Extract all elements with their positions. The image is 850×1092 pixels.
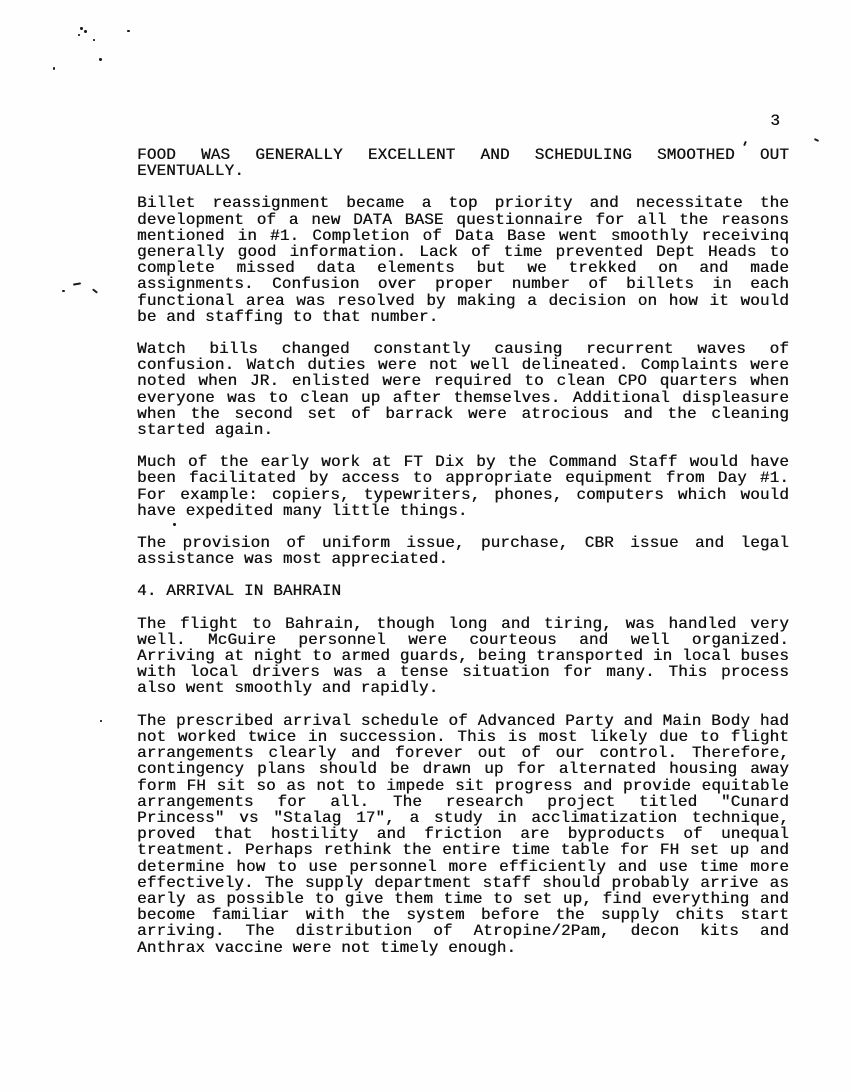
- text-line: arrangements clearly and forever out of …: [137, 745, 789, 761]
- text-line: assistance was most appreciated.: [137, 551, 789, 567]
- text-line: with local drivers was a tense situation…: [137, 664, 789, 680]
- text-line: been facilitated by access to appropriat…: [137, 470, 789, 486]
- text-line: well. McGuire personnel were courteous a…: [137, 632, 789, 648]
- para-watch-bills: Watch bills changed constantly causing r…: [137, 341, 789, 438]
- scan-speck: [62, 290, 65, 292]
- text-line: also went smoothly and rapidly.: [137, 680, 789, 696]
- text-line: Princess" vs "Stalag 17", a study in acc…: [137, 810, 789, 826]
- text-line: proved that hostility and friction are b…: [137, 826, 789, 842]
- text-line: form FH sit so as not to impede sit prog…: [137, 778, 789, 794]
- text-line: early as possible to give them time to s…: [137, 891, 789, 907]
- text-line: The flight to Bahrain, though long and t…: [137, 616, 789, 632]
- text-line: be and staffing to that number.: [137, 309, 789, 325]
- text-line: not worked twice in succession. This is …: [137, 729, 789, 745]
- para-arrival-schedule: The prescribed arrival schedule of Advan…: [137, 713, 789, 956]
- document-body: FOOD WAS GENERALLY EXCELLENT AND SCHEDUL…: [137, 147, 789, 956]
- text-line: EVENTUALLY.: [137, 163, 789, 179]
- text-line: contingency plans should be drawn up for…: [137, 761, 789, 777]
- para-flight-to-bahrain: The flight to Bahrain, though long and t…: [137, 616, 789, 697]
- text-line: everyone was to clean up after themselve…: [137, 390, 789, 406]
- scan-speck: [127, 30, 130, 32]
- text-line: mentioned in #1. Completion of Data Base…: [137, 228, 789, 244]
- text-line: assignments. Confusion over proper numbe…: [137, 276, 789, 292]
- text-line: Arriving at night to armed guards, being…: [137, 648, 789, 664]
- para-billet-reassignment: Billet reassignment became a top priorit…: [137, 195, 789, 325]
- scan-speck: [80, 27, 83, 30]
- scan-speck: [92, 288, 98, 293]
- text-line: have expedited many little things.: [137, 503, 789, 519]
- text-line: Billet reassignment became a top priorit…: [137, 195, 789, 211]
- scan-speck: [53, 67, 55, 70]
- scan-speck: [78, 34, 80, 36]
- scan-speck: [100, 720, 102, 722]
- text-line: when the second set of barrack were atro…: [137, 406, 789, 422]
- text-line: effectively. The supply department staff…: [137, 875, 789, 891]
- text-line: The prescribed arrival schedule of Advan…: [137, 713, 789, 729]
- text-line: Watch bills changed constantly causing r…: [137, 341, 789, 357]
- text-line: noted when JR. enlisted were required to…: [137, 373, 789, 389]
- para-opening-caps: FOOD WAS GENERALLY EXCELLENT AND SCHEDUL…: [137, 147, 789, 179]
- text-line: The provision of uniform issue, purchase…: [137, 535, 789, 551]
- text-line: functional area was resolved by making a…: [137, 293, 789, 309]
- text-line: complete missed data elements but we tre…: [137, 260, 789, 276]
- text-line: confusion. Watch duties were not well de…: [137, 357, 789, 373]
- text-line: determine how to use personnel more effi…: [137, 859, 789, 875]
- text-line: arriving. The distribution of Atropine/2…: [137, 923, 789, 939]
- scan-speck: [84, 30, 87, 33]
- para-ft-dix-equipment: Much of the early work at FT Dix by the …: [137, 454, 789, 519]
- text-line: 4. ARRIVAL IN BAHRAIN: [137, 583, 789, 599]
- text-line: Much of the early work at FT Dix by the …: [137, 454, 789, 470]
- text-line: Anthrax vaccine were not timely enough.: [137, 940, 789, 956]
- text-line: generally good information. Lack of time…: [137, 244, 789, 260]
- text-line: arrangements for all. The research proje…: [137, 794, 789, 810]
- heading-arrival-in-bahrain: 4. ARRIVAL IN BAHRAIN: [137, 583, 789, 599]
- scan-speck: [73, 282, 81, 285]
- text-line: For example: copiers, typewriters, phone…: [137, 487, 789, 503]
- scan-speck: [814, 138, 819, 142]
- scan-speck: [93, 39, 95, 41]
- text-line: started again.: [137, 422, 789, 438]
- scan-speck: [99, 58, 102, 61]
- text-line: development of a new DATA BASE questionn…: [137, 212, 789, 228]
- text-line: treatment. Perhaps rethink the entire ti…: [137, 842, 789, 858]
- text-line: become familiar with the system before t…: [137, 907, 789, 923]
- text-line: FOOD WAS GENERALLY EXCELLENT AND SCHEDUL…: [137, 147, 789, 163]
- scanned-document-page: 3 FOOD WAS GENERALLY EXCELLENT AND SCHED…: [0, 0, 850, 1092]
- page-number: 3: [137, 113, 789, 129]
- para-uniform-issue: The provision of uniform issue, purchase…: [137, 535, 789, 567]
